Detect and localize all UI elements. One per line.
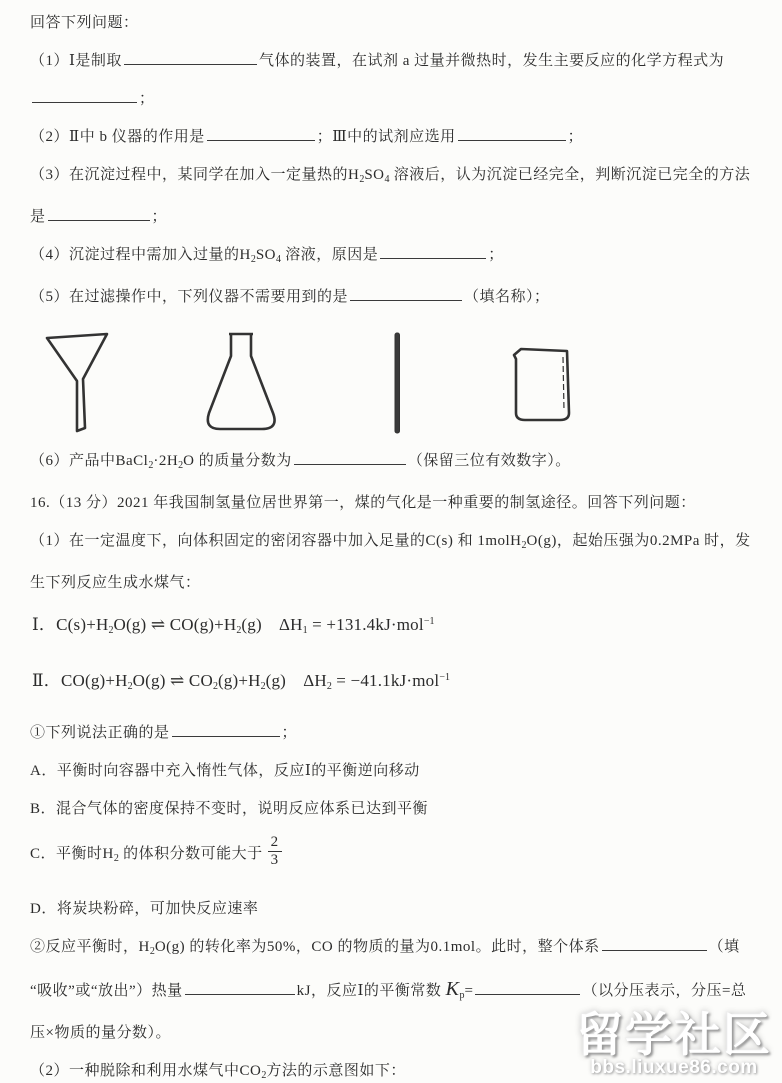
text-run: 压×物质的量分数）。 [30, 1025, 171, 1041]
text-run: O(g) ⇌ CO [133, 671, 213, 690]
text-line: ①下列说法正确的是； [30, 723, 754, 744]
text-line: （4）沉淀过程中需加入过量的H2SO4 溶液，原因是； [30, 245, 754, 270]
text-run: 16.（13 分）2021 年我国制氢量位居世界第一，煤的气化是一种重要的制氢途… [30, 495, 696, 511]
text-run: ①下列说法正确的是 [30, 725, 170, 741]
fraction: 23 [268, 834, 282, 870]
text-line: A．平衡时向容器中充入惰性气体，反应Ⅰ的平衡逆向移动 [30, 761, 754, 782]
text-run: ； [568, 129, 584, 145]
text-run: ； [488, 247, 504, 263]
text-run: 的体积分数可能大于 [119, 846, 263, 862]
text-line: 回答下列问题： [30, 13, 754, 34]
fraction-denominator: 3 [268, 851, 282, 869]
answer-blank [207, 127, 315, 141]
lab-equipment-figure [30, 325, 754, 437]
text-run: 方法的示意图如下： [266, 1063, 406, 1079]
fraction-numerator: 2 [268, 834, 282, 851]
glass-rod-icon [392, 331, 402, 435]
text-line: C．平衡时H2 的体积分数可能大于23 [30, 837, 754, 873]
text-line: “吸收”或“放出”）热量kJ，反应Ⅰ的平衡常数 Kp=（以分压表示，分压=总 [30, 979, 754, 1006]
text-run: (g) ΔH [266, 671, 327, 690]
text-run: C．平衡时H [30, 846, 114, 862]
text-run: （填名称）； [464, 289, 550, 305]
text-run: = −41.1kJ·mol [332, 671, 439, 690]
answer-blank [48, 207, 150, 221]
answer-blank [602, 937, 707, 951]
text-line: ； [30, 89, 754, 110]
answer-blank [475, 981, 580, 995]
text-run: = +131.4kJ·mol [308, 615, 424, 634]
text-line: （3）在沉淀过程中，某同学在加入一定量热的H2SO4 溶液后，认为沉淀已经完全，… [30, 165, 754, 190]
text-run: （3）在沉淀过程中，某同学在加入一定量热的H [30, 167, 359, 183]
text-run: （4）沉淀过程中需加入过量的H [30, 247, 251, 263]
text-run: 是 [30, 209, 46, 225]
text-run: 生下列反应生成水煤气： [30, 575, 201, 591]
text-run: O(g) 的转化率为50%，CO 的物质的量为0.1mol。此时，整个体系 [155, 939, 600, 955]
text-line: 是； [30, 207, 754, 228]
text-run: = [465, 983, 474, 999]
text-line: B．混合气体的密度保持不变时，说明反应体系已达到平衡 [30, 799, 754, 820]
text-run: A．平衡时向容器中充入惰性气体，反应Ⅰ的平衡逆向移动 [30, 763, 420, 779]
exam-page: 回答下列问题：（1）Ⅰ是制取气体的装置，在试剂 a 过量并微热时，发生主要反应的… [0, 0, 782, 1083]
text-run: （2）Ⅱ中 b 仪器的作用是 [30, 129, 205, 145]
answer-blank [172, 723, 280, 737]
answer-blank [32, 89, 137, 103]
text-run: “吸收”或“放出”）热量 [30, 983, 183, 999]
text-line: （1）Ⅰ是制取气体的装置，在试剂 a 过量并微热时，发生主要反应的化学方程式为 [30, 51, 754, 72]
text-run: 气体的装置，在试剂 a 过量并微热时，发生主要反应的化学方程式为 [259, 53, 724, 69]
answer-blank [185, 981, 295, 995]
text-run: ； [139, 91, 155, 107]
text-line: D．将炭块粉碎，可加快反应速率 [30, 899, 754, 920]
text-line: （2）Ⅱ中 b 仪器的作用是；Ⅲ中的试剂应选用； [30, 127, 754, 148]
answer-blank [380, 245, 486, 259]
text-line: Ⅰ．C(s)+H2O(g) ⇌ CO(g)+H2(g) ΔH1 = +131.4… [32, 611, 754, 641]
text-run: Ⅱ．CO(g)+H [32, 671, 128, 690]
beaker-icon [504, 343, 574, 423]
text-run: （6）产品中BaCl [30, 453, 148, 469]
text-run: ； [152, 209, 168, 225]
text-run: ； [282, 725, 298, 741]
answer-blank [124, 51, 257, 65]
text-run: B．混合气体的密度保持不变时，说明反应体系已达到平衡 [30, 801, 428, 817]
watermark: 留学社区 bbs.liuxue86.com [576, 1010, 772, 1079]
superscript: −1 [439, 672, 450, 683]
text-line: Ⅱ．CO(g)+H2O(g) ⇌ CO2(g)+H2(g) ΔH2 = −41.… [32, 667, 754, 697]
text-line: 生下列反应生成水煤气： [30, 573, 754, 594]
watermark-title: 留学社区 [576, 1010, 772, 1059]
text-run: ②反应平衡时，H [30, 939, 150, 955]
erlenmeyer-flask-icon [198, 329, 286, 437]
answer-blank [458, 127, 566, 141]
text-run: O(g) ⇌ CO(g)+H [113, 615, 236, 634]
text-run: （填 [709, 939, 740, 955]
watermark-url: bbs.liuxue86.com [576, 1057, 772, 1079]
text-run: kJ，反应Ⅰ的平衡常数 [297, 983, 446, 999]
text-run: SO [256, 247, 276, 263]
text-run: 溶液后，认为沉淀已经完全，判断沉淀已完全的方法 [390, 167, 751, 183]
text-run: （1）Ⅰ是制取 [30, 53, 122, 69]
text-run: （2）一种脱除和利用水煤气中CO [30, 1063, 261, 1079]
text-line: （1）在一定温度下，向体积固定的密闭容器中加入足量的C(s) 和 1molH2O… [30, 531, 754, 556]
question-16-section: （6）产品中BaCl2·2H2O 的质量分数为（保留三位有效数字）。16.（13… [30, 451, 754, 1083]
funnel-icon [40, 329, 114, 437]
text-run: （以分压表示，分压=总 [582, 983, 746, 999]
text-line: 16.（13 分）2021 年我国制氢量位居世界第一，煤的气化是一种重要的制氢途… [30, 493, 754, 514]
text-run: O 的质量分数为 [183, 453, 292, 469]
text-run: (g)+H [218, 671, 261, 690]
italic-symbol: K [446, 978, 460, 1000]
answer-blank [350, 287, 462, 301]
text-run: （5）在过滤操作中，下列仪器不需要用到的是 [30, 289, 348, 305]
text-run: SO [364, 167, 384, 183]
text-run: O(g)，起始压强为0.2MPa 时，发 [527, 533, 751, 549]
text-line: ②反应平衡时，H2O(g) 的转化率为50%，CO 的物质的量为0.1mol。此… [30, 937, 754, 962]
text-line: （6）产品中BaCl2·2H2O 的质量分数为（保留三位有效数字）。 [30, 451, 754, 476]
text-run: （保留三位有效数字）。 [408, 453, 571, 469]
text-run: D．将炭块粉碎，可加快反应速率 [30, 901, 258, 917]
text-run: 溶液，原因是 [281, 247, 378, 263]
answer-blank [294, 451, 406, 465]
question-15-section: 回答下列问题：（1）Ⅰ是制取气体的装置，在试剂 a 过量并微热时，发生主要反应的… [30, 13, 754, 308]
text-run: ；Ⅲ中的试剂应选用 [317, 129, 456, 145]
text-run: 回答下列问题： [30, 15, 139, 31]
text-run: （1）在一定温度下，向体积固定的密闭容器中加入足量的C(s) 和 1molH [30, 533, 522, 549]
text-run: ·2H [153, 453, 178, 469]
superscript: −1 [424, 616, 435, 627]
text-run: (g) ΔH [241, 615, 302, 634]
text-line: （5）在过滤操作中，下列仪器不需要用到的是（填名称）； [30, 287, 754, 308]
text-run: Ⅰ．C(s)+H [32, 615, 108, 634]
